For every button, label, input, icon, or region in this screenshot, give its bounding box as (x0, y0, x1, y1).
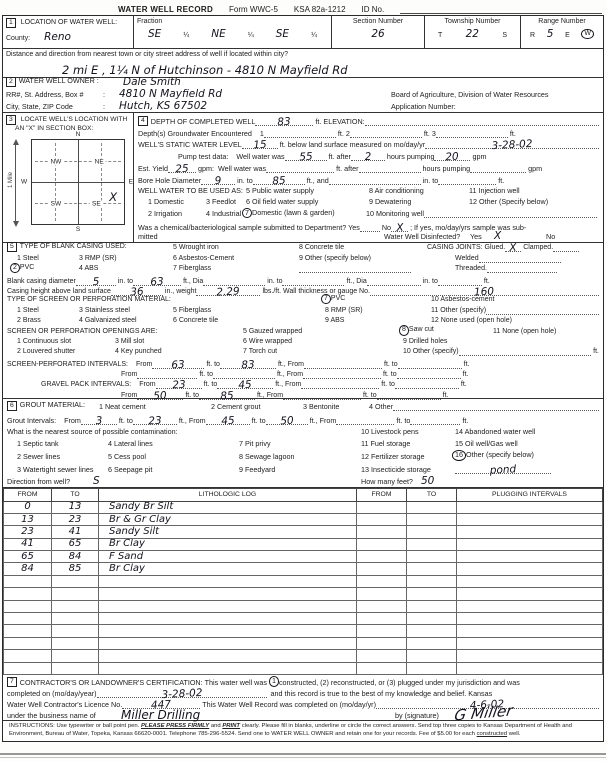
diam-dia3-label: ft., Dia (346, 278, 366, 286)
bore-ft-label: ft. (498, 177, 504, 185)
gi-from3-label: ft., From (310, 417, 337, 425)
spi-to-field-1: 83 (220, 360, 276, 369)
log-from-cell: 23 (4, 526, 52, 538)
form-number: Form WWC-5 (229, 5, 278, 14)
gpi-from2-label: ft., From (275, 381, 301, 389)
log-row: 8485Br Clay (4, 563, 603, 575)
use-option-7-selected: 7Domestic (lawn & garden) (242, 208, 335, 219)
welded-label: Welded (455, 255, 479, 263)
openings-4: 4 Key punched (115, 348, 162, 356)
casing-height-label: Casing height above land surface (7, 288, 111, 296)
section-number-cell: Section Number 26 (332, 16, 425, 48)
log-empty-cell (357, 501, 407, 513)
log-row (4, 575, 603, 587)
north-label: N (76, 131, 81, 138)
log-empty-cell (457, 625, 603, 637)
log-empty-cell (407, 526, 457, 538)
form-header: WATER WELL RECORD Form WWC-5 KSA 82a-121… (0, 2, 602, 14)
openings-6: 6 Wire wrapped (243, 338, 292, 346)
township-line: T 22 S (428, 29, 517, 39)
mile-line (15, 143, 16, 223)
gauge-field: 160 (370, 287, 599, 296)
log-to-cell: 13 (52, 501, 99, 513)
gpi-to-value-1: 45 (238, 380, 252, 391)
section-number-value: 26 (371, 29, 384, 39)
log-row: 6584F Sand (4, 551, 603, 563)
est-yield-label: Est. Yield (138, 165, 168, 173)
casing-option-5: 5 Wrought iron (173, 244, 219, 252)
log-row (4, 613, 603, 625)
business-name-label: under the business name of (7, 712, 96, 720)
south-label: S (76, 226, 80, 233)
contamination-title: What is the nearest source of possible c… (7, 428, 178, 436)
log-empty-cell (457, 513, 603, 525)
sample-line-1: Was a chemical/bacteriological sample su… (134, 220, 603, 232)
yield-pumping-label: hours pumping (423, 165, 471, 173)
section3-title2: AN "X" IN SECTION BOX: (15, 125, 133, 132)
pump-pumping-label: hours pumping (387, 153, 435, 161)
threaded-label: Threaded. (455, 265, 487, 273)
casing-height-field: 36 (111, 287, 163, 296)
sample-ifyes-label: ; If yes, mo/day/yrs sample was sub- (410, 224, 526, 232)
log-header-from: FROM (4, 489, 52, 502)
log-empty-cell (357, 600, 407, 612)
sample-no-field: X (391, 223, 408, 232)
contam-option-14: 14 Abandoned water well (455, 428, 535, 436)
disinfected-no: No (546, 233, 555, 241)
section5-number: 5 (7, 242, 17, 252)
cert-line-4: under the business name of Miller Drilli… (3, 709, 603, 722)
casing-option-8: 8 Concrete tile (299, 244, 344, 252)
log-empty-cell (457, 637, 603, 649)
section5-title: TYPE OF BLANK CASING USED: (20, 243, 127, 250)
county-cell: 1 LOCATION OF WATER WELL: County: Reno (3, 16, 134, 48)
spi-to-field-3 (213, 370, 275, 379)
contam-option-15: 15 Oil well/Gas well (455, 440, 518, 448)
quarter-glyph: ¼ (183, 32, 189, 39)
bore-hole-label: Bore Hole Diameter (138, 177, 201, 185)
spi-from2-label: ft., From (278, 361, 304, 369)
spi-to-label: ft. to (206, 361, 220, 369)
spi-to-label: ft. to (199, 371, 213, 379)
gi-to2-label: ft. to (252, 417, 266, 425)
log-empty-cell (407, 501, 457, 513)
pump-test-line: Pump test data: Well water was 55 ft. af… (134, 149, 603, 161)
groundwater-ft: ft. (510, 130, 516, 138)
gi-to-field-2: 50 (266, 416, 308, 425)
threaded-field (487, 264, 557, 273)
screen-material-title: TYPE OF SCREEN OR PERFORATION MATERIAL: (7, 296, 171, 304)
bottom-separator-line (0, 753, 606, 755)
openings-10-field (459, 347, 592, 356)
gpi-from-field-2 (301, 380, 379, 389)
quadrant-nw: NW (48, 158, 63, 165)
log-litho-cell: Br Clay (99, 538, 357, 550)
section5-casing: 5TYPE OF BLANK CASING USED: 5 Wrought ir… (3, 243, 603, 399)
water-well-record-form: WATER WELL RECORD Form WWC-5 KSA 82a-121… (0, 0, 606, 761)
log-empty-cell (52, 575, 99, 587)
est-yield-gpm-label: gpm: (198, 165, 214, 173)
section-number-label: Section Number (335, 18, 421, 25)
screen-material-8: 8 RMP (SR) (325, 307, 363, 315)
section2-owner: 2WATER WELL OWNER : Dale Smith RR#, St. … (3, 78, 603, 113)
blank-diameter-line: Blank casing diameter 5 in. to 63 ft., D… (3, 275, 603, 285)
blank-diameter-label: Blank casing diameter (7, 278, 76, 286)
gi-ft-label: ft. (462, 417, 468, 425)
spi-from-label: From (121, 371, 137, 379)
screen-material-1: 1 Steel (17, 307, 39, 315)
west-label: W (21, 179, 27, 186)
log-empty-cell (99, 637, 357, 649)
grout-option-3: 3 Bentonite (303, 403, 339, 411)
screen-material-9: 9 ABS (325, 317, 344, 325)
gpi-from-value-1: 23 (172, 380, 186, 391)
section2-title: WATER WELL OWNER : (19, 76, 99, 85)
spi-ft-label: ft. (463, 371, 469, 379)
bore-into-label: in. to (237, 177, 253, 185)
blank-diameter-field: 5 (76, 277, 116, 286)
completed-on-label: completed on (mo/day/year) (7, 690, 97, 698)
city-value: Hutch, KS 67502 (119, 101, 207, 111)
east-label: E (129, 179, 133, 186)
instructions-press-firmly: PLEASE PRESS FIRMLY (141, 723, 209, 729)
log-empty-cell (457, 563, 603, 575)
id-number-blank (400, 5, 602, 14)
address-value: 4810 N Mayfield Rd (119, 89, 222, 99)
static-water-date: 3-28-02 (491, 139, 532, 151)
contam-other-field: pond (455, 465, 551, 474)
gi-to-field-1: 23 (133, 416, 177, 425)
pump-hours-field: 2 (351, 152, 385, 161)
pump-wellwater-label: Well water was (236, 153, 284, 161)
owner-title-wrap: 2WATER WELL OWNER : (6, 76, 99, 87)
completed-date-field: 3-28-02 (97, 689, 267, 698)
log-litho-cell: Br Clay (99, 563, 357, 575)
log-empty-cell (407, 613, 457, 625)
log-empty-cell (99, 625, 357, 637)
range-w-circled: W (581, 29, 594, 40)
owner-address-line: RR#, St. Address, Box # : 4810 N Mayfiel… (3, 89, 603, 101)
log-header-litho: LITHOLOGIC LOG (99, 489, 357, 502)
casing-option-2-selected: 2PVC (10, 263, 34, 274)
grout-title-row: 6GROUT MATERIAL: 1 Neat cement 2 Cement … (3, 400, 603, 413)
diam-depth-field: 63 (133, 277, 181, 286)
quadrant-sw: SW (49, 200, 63, 207)
use-option-10-field (424, 209, 597, 218)
contam-option-13: 13 Insecticide storage (361, 466, 431, 474)
section3-locate: 3 LOCATE WELL'S LOCATION WITH AN "X" IN … (3, 113, 134, 242)
openings-title-row: SCREEN OR PERFORATION OPENINGS ARE: 5 Ga… (3, 327, 603, 337)
log-empty-cell (457, 662, 603, 674)
quadrant-se: SE (90, 200, 103, 207)
log-empty-cell (407, 551, 457, 563)
depth-line: 4 DEPTH OF COMPLETED WELL 83 ft. ELEVATI… (134, 114, 603, 126)
gravel-pack-line-1: GRAVEL PACK INTERVALS: From 23 ft. to 45… (3, 379, 603, 389)
log-empty-cell (407, 625, 457, 637)
static-water-value: 15 (253, 140, 267, 151)
static-water-field: 15 (242, 140, 278, 149)
casing-option-1: 1 Steel (17, 255, 39, 263)
log-empty-cell (457, 600, 603, 612)
log-empty-cell (407, 588, 457, 600)
log-empty-cell (99, 662, 357, 674)
fraction-q3: SE (276, 29, 289, 39)
openings-10-ft: ft. (593, 348, 599, 356)
circled-2: 2 (10, 263, 20, 274)
section1-number: 1 (6, 18, 16, 28)
form-title: WATER WELL RECORD (118, 5, 213, 14)
gi-to-label: ft. to (119, 417, 133, 425)
contam-option-12: 12 Fertilizer storage (361, 453, 425, 461)
log-row (4, 650, 603, 662)
pump-gpm-field: 20 (434, 152, 470, 161)
range-cell: Range Number R 5 E W (521, 16, 603, 48)
instructions: INSTRUCTIONS: Use typewriter or ball poi… (3, 721, 603, 741)
spi-from-value-1: 63 (171, 359, 185, 370)
gi-from2-label: ft., From (179, 417, 206, 425)
log-empty-cell (357, 637, 407, 649)
use-option-7-label: Domestic (lawn & garden) (252, 208, 335, 217)
casing-joints-glued-label: CASING JOINTS: Glued. (427, 244, 505, 252)
yield-after-label: ft. after (336, 165, 358, 173)
section5-title-wrap: 5TYPE OF BLANK CASING USED: (7, 242, 127, 252)
casing-other-field (299, 264, 411, 273)
groundwater-line: Depth(s) Groundwater Encountered 1 ft. 2… (134, 126, 603, 138)
screen-material-3: 3 Stainless steel (79, 307, 130, 315)
contam-option-11: 11 Fuel storage (361, 440, 410, 448)
log-empty-cell (407, 538, 457, 550)
screen-material-11: 11 Other (specify) (431, 307, 486, 315)
log-empty-cell (52, 637, 99, 649)
use-option-11: 11 Injection well (469, 187, 520, 195)
sample-no-label: No (382, 224, 391, 232)
section6-title-wrap: 6GROUT MATERIAL: (7, 400, 85, 411)
yield-depth-field (266, 164, 334, 173)
quarter-glyph: ¼ (311, 32, 317, 39)
fraction-q1: SE (148, 29, 161, 39)
groundwater-label: Depth(s) Groundwater Encountered (138, 130, 252, 138)
log-to-cell: 41 (52, 526, 99, 538)
spi-from-field-2 (304, 360, 382, 369)
section1-title: LOCATION OF WATER WELL: (21, 19, 117, 26)
gi-from-field-2: 45 (206, 416, 250, 425)
bore-depth-field: 85 (253, 176, 305, 185)
instructions-a: INSTRUCTIONS: Use typewriter or ball poi… (9, 723, 139, 729)
sample-line-2: mitted Water Well Disinfected? Yes X No (134, 232, 603, 243)
contamination-row-2: 2 Sewer lines 5 Cess pool 8 Sewage lagoo… (3, 450, 603, 463)
instructions-e: clearly. Please fill in blanks, underlin… (242, 723, 572, 729)
log-empty-cell (407, 575, 457, 587)
log-empty-cell (407, 563, 457, 575)
screen-material-5: 5 Fiberglass (173, 307, 211, 315)
casing-option-2-label: PVC (20, 264, 34, 271)
contam-option-16-selected: 16Other (specify below) (452, 450, 534, 461)
spi-to2-label: ft. to (384, 361, 398, 369)
sample-mitted: mitted (138, 233, 158, 241)
use-row-3: 2 Irrigation 4 Industrial 7Domestic (law… (134, 208, 603, 220)
bore-depth2-field (438, 176, 496, 185)
contam-option-3: 3 Watertight sewer lines (17, 466, 93, 474)
spi-to-field-4 (397, 370, 461, 379)
spi-from-field-1: 63 (152, 360, 204, 369)
log-empty-cell (357, 551, 407, 563)
licence-label: Water Well Contractor's Licence No. (7, 701, 122, 709)
depth-completed-value: 83 (277, 116, 291, 127)
use-option-10-wrap: 10 Monitoring well (366, 209, 597, 218)
screen-material-7-label: PVC (331, 295, 345, 302)
diam-depth3-field (438, 277, 482, 286)
screen-material-row-2: 2 Brass 4 Galvanized steel 6 Concrete ti… (3, 317, 603, 327)
gpi-from-field-1: 23 (156, 380, 202, 389)
log-empty-cell (52, 613, 99, 625)
log-header-to: TO (52, 489, 99, 502)
gpi-to-field-2 (395, 380, 459, 389)
log-empty-cell (357, 575, 407, 587)
signature-label: by (signature) (395, 712, 439, 720)
board-of-agriculture-text: Board of Agriculture, Division of Water … (391, 91, 549, 99)
screen-material-row-1: 1 Steel 3 Stainless steel 5 Fiberglass 8… (3, 306, 603, 316)
diam-depth2-field (282, 277, 344, 286)
county-label: County: (6, 35, 30, 42)
openings-10: 10 Other (specify) (403, 348, 459, 356)
clamped-field (553, 243, 579, 252)
log-to-cell: 23 (52, 513, 99, 525)
log-empty-cell (357, 662, 407, 674)
grout-option-1: 1 Neat cement (99, 403, 146, 411)
log-empty-cell (99, 600, 357, 612)
grout-option-4: 4 Other (369, 403, 393, 411)
yield-gpm-unit: gpm (528, 165, 542, 173)
casing-option-6: 6 Asbestos-Cement (173, 255, 234, 263)
township-t: T (438, 32, 442, 39)
openings-8-label: Saw cut (409, 326, 434, 333)
log-empty-cell (407, 650, 457, 662)
log-empty-cell (407, 513, 457, 525)
diam-field-3 (367, 277, 421, 286)
use-title: WELL WATER TO BE USED AS: (138, 187, 243, 195)
log-empty-cell (4, 588, 52, 600)
bottom-separator-line-2 (0, 757, 606, 758)
log-empty-cell (357, 625, 407, 637)
log-empty-cell (457, 538, 603, 550)
city-label: City, State, ZIP Code (6, 103, 73, 111)
fraction-cell: Fraction SE ¼ NE ¼ SE ¼ (134, 16, 332, 48)
record-completed-label: This Water Well Record was completed on … (202, 701, 376, 709)
sample-question: Was a chemical/bacteriological sample su… (138, 224, 360, 232)
log-empty-cell (52, 650, 99, 662)
township-label: Township Number (428, 18, 517, 25)
contam-option-9: 9 Feedyard (239, 466, 275, 474)
openings-8-selected: 8Saw cut (399, 325, 434, 336)
screen-perf-line-2: From ft. to ft., From ft. to ft. (3, 369, 603, 379)
log-header: FROM TO LITHOLOGIC LOG FROM TO PLUGGING … (4, 489, 603, 502)
log-header-plugging: PLUGGING INTERVALS (457, 489, 603, 502)
township-s: S (502, 32, 507, 39)
lithologic-log-body: 013Sandy Br Silt1323Br & Gr Clay2341Sand… (4, 501, 603, 674)
log-empty-cell (99, 613, 357, 625)
instructions-print: PRINT (222, 723, 240, 729)
section6-grout: 6GROUT MATERIAL: 1 Neat cement 2 Cement … (3, 399, 603, 488)
id-number-label: ID No. (362, 5, 385, 14)
section7-certification: 7 CONTRACTOR'S OR LANDOWNER'S CERTIFICAT… (3, 675, 603, 721)
openings-9: 9 Drilled holes (403, 338, 447, 346)
section7-number: 7 (7, 677, 17, 687)
signature-value: G Miller (453, 702, 514, 725)
well-location-x-mark: X (109, 192, 117, 202)
use-option-4: 4 Industrial (206, 210, 241, 218)
screen-material-4: 4 Galvanized steel (79, 317, 137, 325)
log-empty-cell (457, 650, 603, 662)
weight-label: in., weight (165, 288, 197, 296)
sample-yes-field (360, 223, 380, 232)
groundwater-3: ft. 3 (424, 130, 436, 138)
section3-number: 3 (6, 115, 16, 125)
glued-field: X (505, 243, 521, 252)
log-empty-cell (4, 613, 52, 625)
quadrant-ne: NE (93, 158, 106, 165)
instructions-line-2: Environment, Bureau of Water, Topeka, Ka… (9, 731, 597, 739)
pump-gpm-value: 20 (446, 152, 460, 163)
pump-depth-field: 55 (285, 152, 327, 161)
circled-16: 16 (452, 450, 466, 461)
range-line: R 5 E W (524, 29, 600, 40)
section1-location: 1 LOCATION OF WATER WELL: County: Reno F… (3, 16, 603, 49)
section1-title-line: 1 LOCATION OF WATER WELL: (6, 18, 130, 28)
yield-gpm-field (470, 164, 526, 173)
city-colon: : (103, 103, 105, 111)
screen-material-11-field (486, 306, 599, 315)
openings-7: 7 Torch cut (243, 348, 277, 356)
log-from-cell: 13 (4, 513, 52, 525)
log-empty-cell (99, 650, 357, 662)
log-empty-cell (457, 501, 603, 513)
log-empty-cell (407, 662, 457, 674)
log-empty-cell (357, 538, 407, 550)
disinfected-label: Water Well Disinfected? (384, 233, 460, 241)
diam-into-label: in. to (118, 278, 133, 286)
log-row: 1323Br & Gr Clay (4, 513, 603, 525)
spi-from-field-3 (137, 370, 197, 379)
log-empty-cell (357, 526, 407, 538)
owner-city-line: City, State, ZIP Code : Hutch, KS 67502 … (3, 101, 603, 113)
direction-row: Direction from well? S How many feet? 50 (3, 476, 603, 489)
log-row: 013Sandy Br Silt (4, 501, 603, 513)
business-name-value: Miller Drilling (121, 710, 200, 720)
circled-1: 1 (269, 676, 279, 687)
grout-intervals-line: Grout Intervals: From 3 ft. to 23 ft., F… (3, 413, 603, 426)
log-empty-cell (4, 625, 52, 637)
bore-hole-line: Bore Hole Diameter 9 in. to 85 ft., and … (134, 173, 603, 185)
contamination-title-row: What is the nearest source of possible c… (3, 425, 603, 438)
one-mile-label: 1 Mile (8, 172, 14, 188)
bore-and-label: ft., and (307, 177, 329, 185)
use-option-8: 8 Air conditioning (369, 187, 424, 195)
log-empty-cell (457, 575, 603, 587)
diam-depth-value: 63 (150, 276, 164, 287)
log-empty-cell (4, 650, 52, 662)
instructions-constructed: constructed (477, 731, 507, 737)
section3-title-line: 3 LOCATE WELL'S LOCATION WITH (6, 115, 133, 125)
log-empty-cell (99, 575, 357, 587)
log-to-cell: 85 (52, 563, 99, 575)
application-number-label: Application Number: (391, 103, 456, 111)
quarter-glyph: ¼ (248, 32, 254, 39)
depth-completed-label: DEPTH OF COMPLETED WELL (151, 118, 256, 126)
fraction-line: SE ¼ NE ¼ SE ¼ (137, 29, 328, 39)
casing-option-7: 7 Fiberglass (173, 265, 211, 273)
glued-x: X (509, 243, 517, 253)
clamped-label: Clamped. (523, 244, 553, 252)
